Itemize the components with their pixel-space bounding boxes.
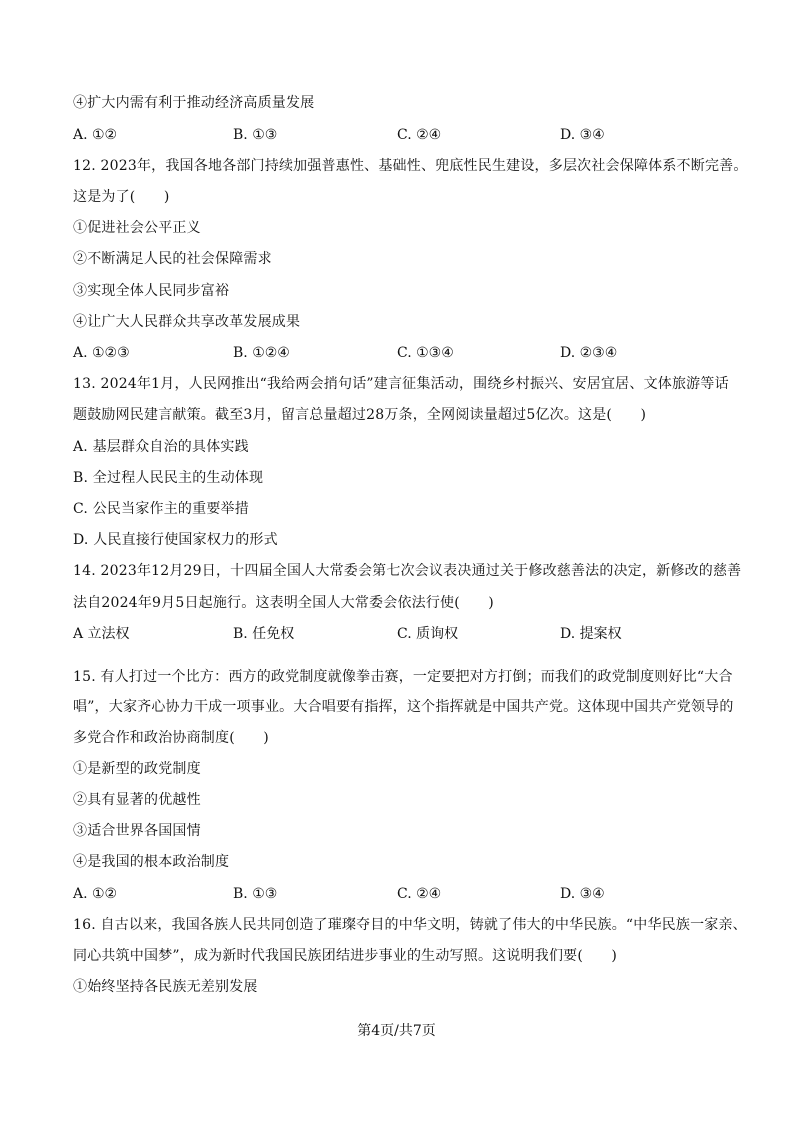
option-c: C. 质询权 bbox=[397, 625, 458, 643]
question-16-line-2: 同心共筑中国梦”，成为新时代我国民族团结进步事业的生动写照。这说明我们要( ) bbox=[73, 947, 617, 965]
question-12-line-1: 12. 2023年，我国各地各部门持续加强普惠性、基础性、兜底性民生建设，多层次… bbox=[73, 157, 748, 175]
page-footer: 第4页/共7页 bbox=[0, 1022, 793, 1040]
option-a: A 立法权 bbox=[73, 625, 130, 643]
option-c: C. 公民当家作主的重要举措 bbox=[73, 500, 249, 518]
question-15-line-2: 唱”，大家齐心协力干成一项事业。大合唱要有指挥，这个指挥就是中国共产党。这体现中… bbox=[73, 698, 734, 716]
option-d: D. ②③④ bbox=[560, 344, 617, 362]
question-15-line-1: 15. 有人打过一个比方：西方的政党制度就像拳击赛，一定要把对方打倒；而我们的政… bbox=[73, 668, 733, 686]
question-14-line-1: 14. 2023年12月29日，十四届全国人大常委会第七次会议表决通过关于修改慈… bbox=[73, 562, 741, 580]
statement-4: ④是我国的根本政治制度 bbox=[73, 853, 229, 871]
option-b: B. 全过程人民民主的生动体现 bbox=[73, 469, 263, 487]
option-d: D. 提案权 bbox=[560, 625, 622, 643]
option-a: A. ①② bbox=[73, 126, 117, 144]
option-c: C. ②④ bbox=[397, 126, 441, 144]
question-13-line-2: 题鼓励网民建言献策。截至3月，留言总量超过28万条，全网阅读量超过5亿次。这是(… bbox=[73, 406, 646, 424]
option-d: D. 人民直接行使国家权力的形式 bbox=[73, 531, 278, 549]
statement-4: ④扩大内需有利于推动经济高质量发展 bbox=[73, 94, 314, 112]
statement-3: ③适合世界各国国情 bbox=[73, 822, 201, 840]
statement-2: ②不断满足人民的社会保障需求 bbox=[73, 250, 272, 268]
option-b: B. 任免权 bbox=[233, 625, 294, 643]
question-12-line-2: 这是为了( ) bbox=[73, 188, 170, 206]
statement-1: ①促进社会公平正义 bbox=[73, 219, 201, 237]
option-c: C. ①③④ bbox=[397, 344, 454, 362]
statement-1: ①始终坚持各民族无差别发展 bbox=[73, 978, 258, 996]
statement-4: ④让广大人民群众共享改革发展成果 bbox=[73, 313, 300, 331]
option-b: B. ①③ bbox=[233, 885, 277, 903]
statement-1: ①是新型的政党制度 bbox=[73, 760, 201, 778]
statement-3: ③实现全体人民同步富裕 bbox=[73, 282, 229, 300]
statement-2: ②具有显著的优越性 bbox=[73, 791, 201, 809]
question-13-line-1: 13. 2024年1月，人民网推出“我给两会捎句话”建言征集活动，围绕乡村振兴、… bbox=[73, 375, 729, 393]
option-b: B. ①③ bbox=[233, 126, 277, 144]
option-d: D. ③④ bbox=[560, 885, 605, 903]
question-14-line-2: 法自2024年9月5日起施行。这表明全国人大常委会依法行使( ) bbox=[73, 594, 494, 612]
option-a: A. ①② bbox=[73, 885, 117, 903]
option-d: D. ③④ bbox=[560, 126, 605, 144]
option-a: A. 基层群众自治的具体实践 bbox=[73, 438, 249, 456]
question-16-line-1: 16. 自古以来，我国各族人民共同创造了璀璨夺目的中华文明，铸就了伟大的中华民族… bbox=[73, 916, 747, 934]
option-b: B. ①②④ bbox=[233, 344, 290, 362]
option-a: A. ①②③ bbox=[73, 344, 130, 362]
question-15-line-3: 多党合作和政治协商制度( ) bbox=[73, 729, 269, 747]
option-c: C. ②④ bbox=[397, 885, 441, 903]
